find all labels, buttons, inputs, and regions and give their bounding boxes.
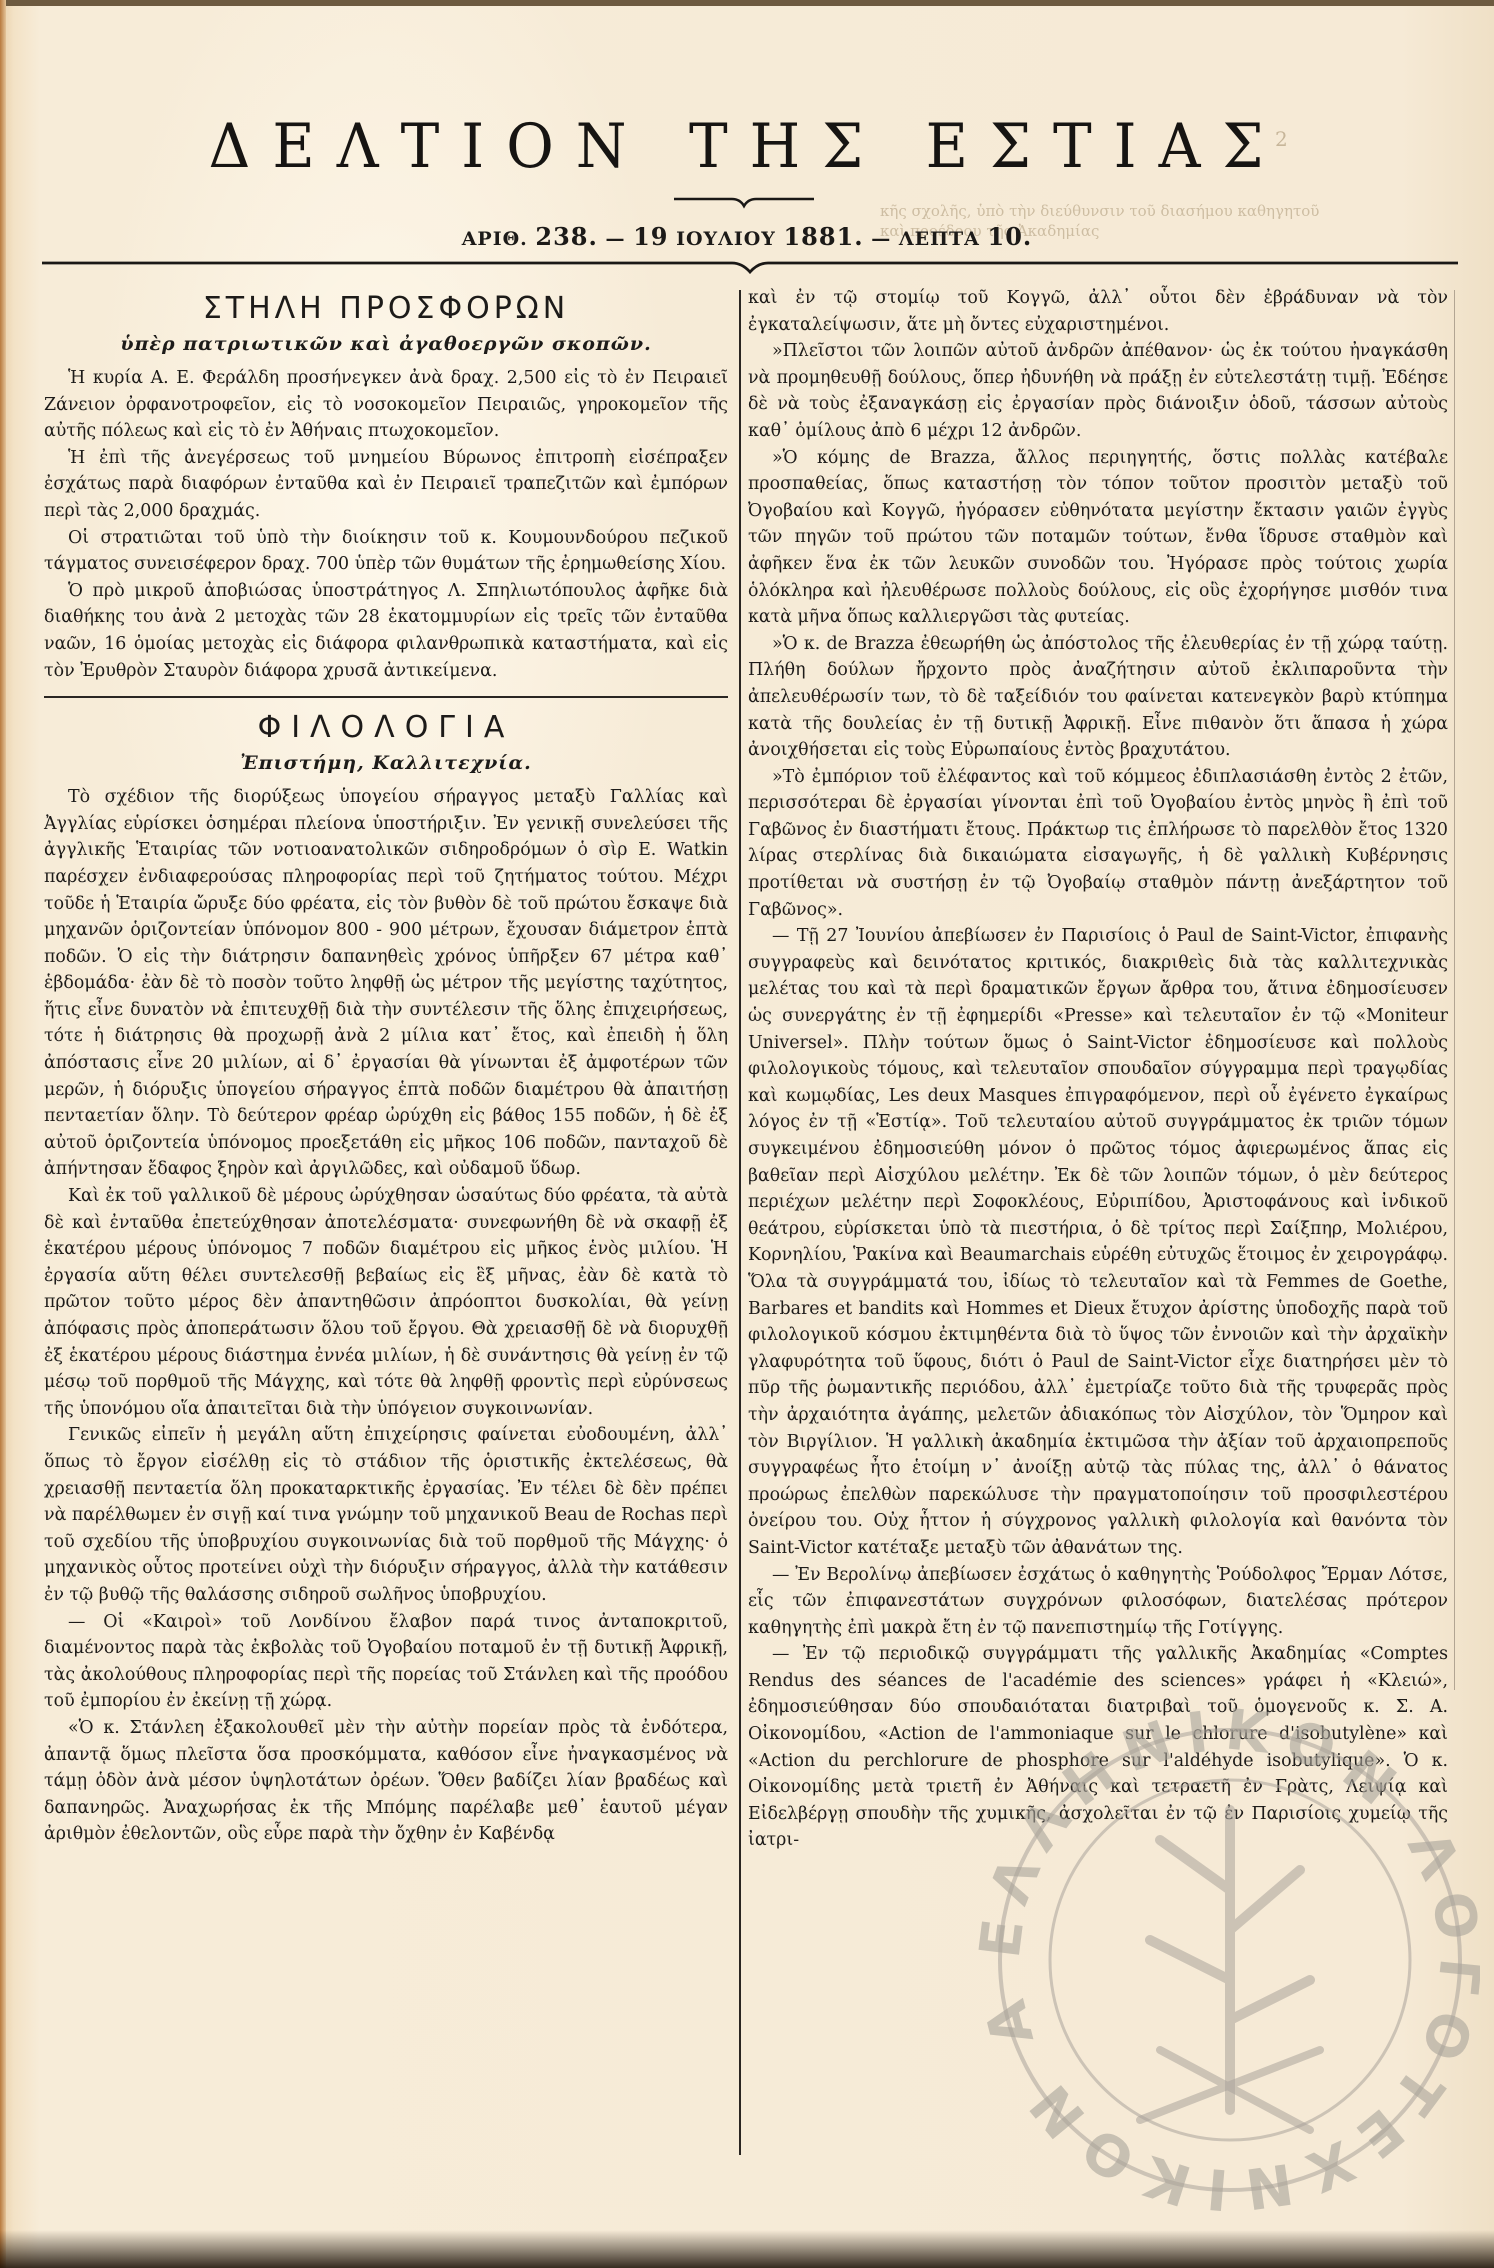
philology-paragraph: Γενικῶς εἰπεῖν ἡ μεγάλη αὕτη ἐπιχείρησις… <box>44 1422 728 1608</box>
bleed-through-line: κῆς σχολῆς, ὑπὸ τὴν διεύθυνσιν τοῦ διασή… <box>880 202 1319 220</box>
offers-paragraph: Ὁ πρὸ μικροῦ ἀποβιώσας ὑποστράτηγος Λ. Σ… <box>44 578 728 684</box>
philology-paragraph: — Οἱ «Καιροὶ» τοῦ Λονδίνου ἔλαβον παρά τ… <box>44 1609 728 1715</box>
article-paragraph: — Ἐν Βερολίνῳ ἀπεβίωσεν ἐσχάτως ὁ καθηγη… <box>748 1562 1448 1642</box>
page-bottom-shadow <box>0 2230 1494 2268</box>
offers-paragraph: Ἡ ἐπὶ τῆς ἀνεγέρσεως τοῦ μνημείου Βύρωνο… <box>44 445 728 525</box>
price-label: ΛΕΠΤΑ <box>899 228 988 250</box>
article-paragraph: »Ὁ κόμης de Brazza, ἄλλος περιηγητής, ὅσ… <box>748 445 1448 631</box>
price-value: 10. <box>988 222 1033 251</box>
issue-day: 19 <box>633 222 668 251</box>
masthead-rule <box>42 258 1458 276</box>
philology-heading: ΦΙΛΟΛΟΓΙΑ <box>44 708 728 748</box>
offers-paragraph: Οἱ στρατιῶται τοῦ ὑπὸ τὴν διοίκησιν τοῦ … <box>44 525 728 578</box>
top-edge <box>0 0 1494 6</box>
separator: — <box>864 228 899 250</box>
offers-heading: ΣΤΗΛΗ ΠΡΟΣΦΟΡΩΝ <box>44 289 728 329</box>
offers-paragraph: Ἡ κυρία Α. Ε. Φεράλδη προσήνεγκεν ἀνὰ δρ… <box>44 365 728 445</box>
column-divider <box>739 290 741 2155</box>
issue-line: ΑΡΙΘ. 238. — 19 ΙΟΥΛΙΟΥ 1881. — ΛΕΠΤΑ 10… <box>0 222 1494 251</box>
ornament-brace-icon <box>674 193 814 211</box>
article-paragraph: καὶ ἐν τῷ στομίῳ τοῦ Κογγῶ, ἀλλ᾿ οὗτοι δ… <box>748 285 1448 338</box>
right-column: καὶ ἐν τῷ στομίῳ τοῦ Κογγῶ, ἀλλ᾿ οὗτοι δ… <box>748 285 1448 1854</box>
newspaper-page: 2 κῆς σχολῆς, ὑπὸ τὴν διεύθυνσιν τοῦ δια… <box>0 0 1494 2268</box>
column-right-edge <box>1454 290 1455 1690</box>
article-paragraph: — Τῇ 27 Ἰουνίου ἀπεβίωσεν ἐν Παρισίοις ὁ… <box>748 923 1448 1561</box>
issue-month: ΙΟΥΛΙΟΥ <box>668 228 783 250</box>
issue-prefix: ΑΡΙΘ. <box>462 228 536 250</box>
left-column: ΣΤΗΛΗ ΠΡΟΣΦΟΡΩΝ ὑπὲρ πατριωτικῶν καὶ ἀγα… <box>44 285 728 1848</box>
separator: — <box>598 228 633 250</box>
offers-subheading: ὑπὲρ πατριωτικῶν καὶ ἀγαθοεργῶν σκοπῶν. <box>44 329 728 359</box>
philology-subheading: Ἐπιστήμη, Καλλιτεχνία. <box>44 748 728 778</box>
philology-paragraph: Καὶ ἐκ τοῦ γαλλικοῦ δὲ μέρους ὠρύχθησαν … <box>44 1183 728 1422</box>
article-paragraph: »Ὁ κ. de Brazza ἐθεωρήθη ὡς ἀπόστολος τῆ… <box>748 631 1448 764</box>
philology-paragraph: «Ὁ κ. Στάνλεη ἐξακολουθεῖ μὲν τὴν αὐτὴν … <box>44 1715 728 1848</box>
article-paragraph: »Πλεῖστοι τῶν λοιπῶν αὐτοῦ ἀνδρῶν ἀπέθαν… <box>748 338 1448 444</box>
page-left-edge <box>0 0 6 2268</box>
issue-number: 238. <box>535 222 597 251</box>
philology-paragraph: Τὸ σχέδιον τῆς διορύξεως ὑπογείου σήραγγ… <box>44 784 728 1183</box>
article-paragraph: »Τὸ ἐμπόριον τοῦ ἐλέφαντος καὶ τοῦ κόμμε… <box>748 764 1448 924</box>
article-paragraph: — Ἐν τῷ περιοδικῷ συγγράμματι τῆς γαλλικ… <box>748 1641 1448 1854</box>
masthead-title: ΔΕΛΤΙΟΝ ΤΗΣ ΕΣΤΙΑΣ <box>0 110 1494 181</box>
section-divider <box>44 696 728 698</box>
issue-year: 1881. <box>783 222 863 251</box>
